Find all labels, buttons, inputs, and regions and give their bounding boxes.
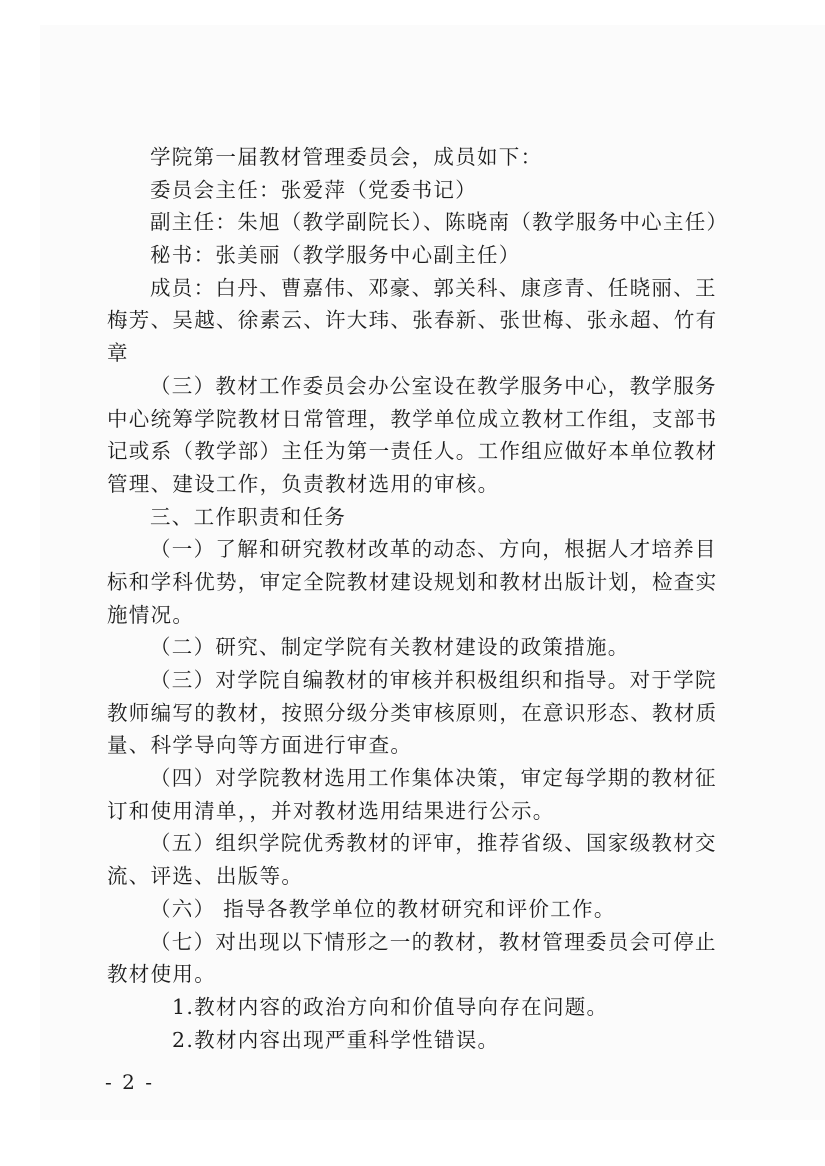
office-paragraph-line-3: 记或系（教学部）主任为第一责任人。工作组应做好本单位教材: [107, 435, 723, 468]
duty-6-line-1: （六） 指导各教学单位的教材研究和评价工作。: [107, 893, 723, 926]
committee-members-line-2: 梅芳、吴越、徐素云、许大玮、张春新、张世梅、张永超、竹有: [107, 304, 723, 337]
committee-vice-chair-line: 副主任：朱旭（教学副院长）、陈晓南（教学服务中心主任）: [107, 206, 723, 239]
duty-4-line-2: 订和使用清单，，并对教材选用结果进行公示。: [107, 795, 723, 828]
duty-1-line-2: 标和学科优势，审定全院教材建设规划和教材出版计划，检查实: [107, 566, 723, 599]
section-heading-duties: 三、工作职责和任务: [107, 501, 723, 534]
duty-7-line-2: 教材使用。: [107, 958, 723, 991]
duty-3-line-3: 量、科学导向等方面进行审查。: [107, 729, 723, 762]
page-number: - 2 -: [105, 1070, 154, 1094]
committee-members-line-1: 成员：白丹、曹嘉伟、邓豪、郭关科、康彦青、任晓丽、王: [107, 272, 723, 305]
committee-intro-line: 学院第一届教材管理委员会，成员如下：: [107, 141, 723, 174]
office-paragraph-line-1: （三）教材工作委员会办公室设在教学服务中心，教学服务: [107, 370, 723, 403]
duty-7-condition-2: 2.教材内容出现严重科学性错误。: [107, 1024, 723, 1057]
document-body: 学院第一届教材管理委员会，成员如下： 委员会主任：张爱萍（党委书记） 副主任：朱…: [107, 141, 723, 1056]
office-paragraph-line-4: 管理、建设工作，负责教材选用的审核。: [107, 468, 723, 501]
duty-3-line-2: 教师编写的教材，按照分级分类审核原则，在意识形态、教材质: [107, 697, 723, 730]
duty-1-line-3: 施情况。: [107, 599, 723, 632]
duty-7-line-1: （七）对出现以下情形之一的教材，教材管理委员会可停止: [107, 926, 723, 959]
duty-2-line-1: （二）研究、制定学院有关教材建设的政策措施。: [107, 631, 723, 664]
duty-4-line-1: （四）对学院教材选用工作集体决策，审定每学期的教材征: [107, 762, 723, 795]
duty-3-line-1: （三）对学院自编教材的审核并积极组织和指导。对于学院: [107, 664, 723, 697]
duty-7-condition-1: 1.教材内容的政治方向和价值导向存在问题。: [107, 991, 723, 1024]
duty-5-line-2: 流、评选、出版等。: [107, 860, 723, 893]
committee-secretary-line: 秘书：张美丽（教学服务中心副主任）: [107, 239, 723, 272]
committee-chair-line: 委员会主任：张爱萍（党委书记）: [107, 174, 723, 207]
committee-members-line-3: 章: [107, 337, 723, 370]
office-paragraph-line-2: 中心统筹学院教材日常管理，教学单位成立教材工作组，支部书: [107, 403, 723, 436]
duty-5-line-1: （五）组织学院优秀教材的评审，推荐省级、国家级教材交: [107, 827, 723, 860]
duty-1-line-1: （一）了解和研究教材改革的动态、方向，根据人才培养目: [107, 533, 723, 566]
